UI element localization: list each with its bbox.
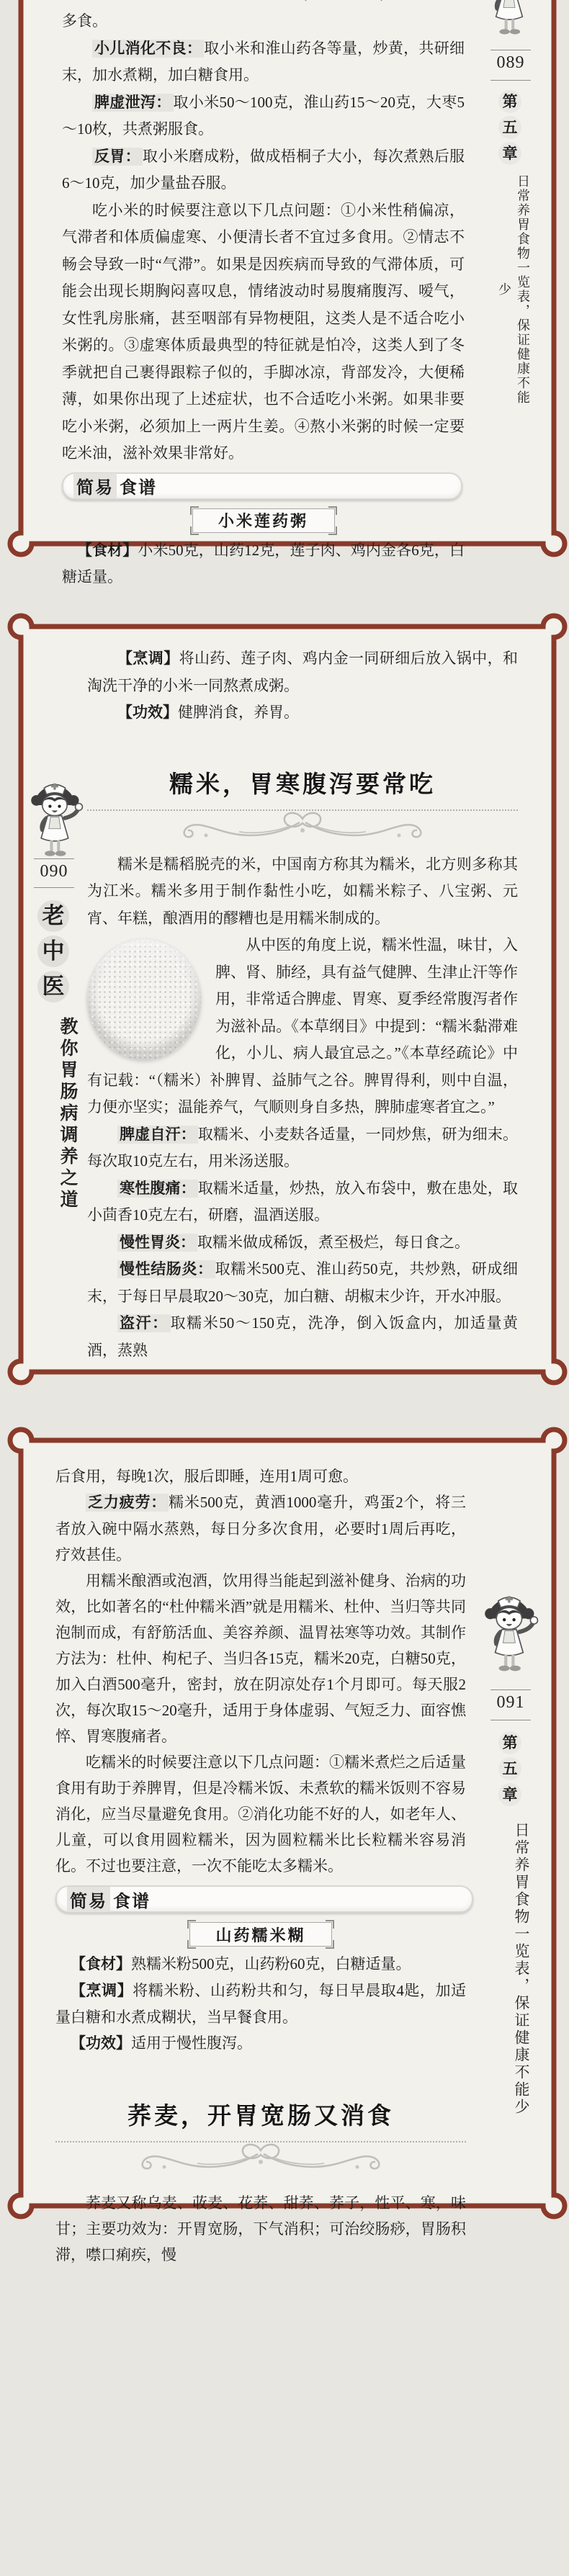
chapter-badge: 第 五 章 — [498, 90, 521, 165]
ingredients-label: 【食材】 — [77, 542, 138, 559]
effect-line: 【功效】适用于慢性腹泻。 — [55, 2030, 466, 2057]
remedy-paragraph: 慢性结肠炎：取糯米500克、淮山药50克，共炒熟，研成细末，于每日早晨取20～3… — [87, 1256, 518, 1310]
chapter-title-vertical: 日常养胃食物一览表，保证健康不能少 — [489, 171, 532, 408]
recipe-name: 小米莲药粥 — [218, 509, 308, 531]
recipe-section-header: 简易 食谱 — [55, 1885, 473, 1913]
remedy-paragraph: 小儿消化不良：取小米和淮山药各等量，炒黄，共研细末，加水煮糊，加白糖食用。 — [62, 35, 465, 89]
page-089-content: 尿病的人不宜多食；消渴就是糖尿病，小米虽好，但这类人不宜 多食。 小儿消化不良：… — [21, 0, 554, 544]
remedy-paragraph: 脾虚自汗：取糯米、小麦麸各适量，一同炒焦，研为细末。每次取10克左右，用米汤送服… — [87, 1121, 518, 1175]
page-number: 089 — [489, 53, 532, 73]
notes-paragraph: 吃小米的时候要注意以下几点问题：①小米性稍偏凉，气滞者和体质偏虚寒、小便清长者不… — [62, 197, 465, 467]
sidebar-divider — [490, 50, 531, 50]
remedy-label: 小儿消化不良： — [92, 40, 204, 58]
chapter-title-vertical: 日常养胃食物一览表，保证健康不能少 — [489, 1818, 532, 2120]
remedy-paragraph: 慢性胃炎：取糯米做成稀饭，煮至极烂，每日食之。 — [87, 1229, 518, 1257]
paragraph-continuation: 后食用，每晚1次，服后即睡，连用1周可愈。 — [55, 1463, 466, 1489]
nurse-mascot-icon — [28, 779, 84, 861]
brand-title-vertical: 教你胃肠病调养之道 — [37, 1010, 80, 1219]
corner-bracket-icon — [326, 1920, 334, 1929]
sidebar-divider — [34, 887, 74, 888]
wrap-block: 从中医的角度上说，糯米性温，味甘，入脾、肾、肺经，具有益气健脾、生津止汗等作用，… — [87, 932, 518, 1121]
brand-char: 医 — [37, 971, 69, 1002]
ingredients-label: 【食材】 — [71, 1956, 131, 1973]
chapter-char: 五 — [498, 116, 521, 139]
sidebar-right: 091 第 五 章 日常养胃食物一览表，保证健康不能少 — [489, 1440, 534, 2206]
corner-bracket-icon — [190, 506, 199, 515]
recipe-name-box: 小米莲药粥 — [192, 508, 335, 533]
chapter-char: 章 — [498, 142, 521, 165]
remedy-label: 脾虚自汗： — [117, 1126, 198, 1144]
section-title: 荞麦，开胃宽肠又消食 — [55, 2097, 466, 2131]
remedy-label: 寒性腹痛： — [117, 1180, 198, 1198]
effect-label: 【功效】 — [117, 704, 178, 721]
book-scan-canvas: 尿病的人不宜多食；消渴就是糖尿病，小米虽好，但这类人不宜 多食。 小儿消化不良：… — [0, 0, 569, 2576]
wine-paragraph: 用糯米酿酒或泡酒，饮用得当能起到滋补健身、治病的功效，比如著名的“杜仲糯米酒”就… — [55, 1568, 466, 1749]
effect-text: 适用于慢性腹泻。 — [131, 2034, 252, 2052]
remedy-paragraph: 脾虚泄泻：取小米50～100克，淮山药15～20克，大枣5～10枚，共煮粥服食。 — [62, 89, 465, 143]
sidebar-divider — [490, 80, 531, 81]
cooking-label: 【烹调】 — [117, 650, 179, 667]
recipe-section-header: 简易 食谱 — [62, 472, 462, 500]
book-page-090: 【烹调】将山药、莲子肉、鸡内金一同研细后放入锅中，和淘洗干净的小米一同熬煮成粥。… — [21, 627, 554, 1372]
page-number: 091 — [489, 1693, 532, 1713]
chapter-char: 第 — [498, 90, 521, 113]
intro-paragraph: 糯米是糯稻脱壳的米，中国南方称其为糯米，北方则多称其为江米。糯米多用于制作黏性小… — [87, 851, 518, 933]
brand-char: 中 — [37, 935, 69, 967]
remedy-text: 取糯米做成稀饭，煮至极烂，每日食之。 — [197, 1234, 470, 1251]
sidebar-divider — [34, 858, 74, 859]
paragraph-continuation-end: 多食。 — [62, 8, 465, 35]
nurse-mascot-icon — [483, 0, 538, 39]
sidebar-right: 089 第 五 章 日常养胃食物一览表，保证健康不能少 — [489, 0, 534, 544]
recipe-header-rest: 食谱 — [120, 473, 157, 498]
flourish-ornament-icon — [173, 808, 432, 841]
chapter-char: 第 — [498, 1731, 521, 1754]
sidebar-divider — [490, 1720, 531, 1720]
recipe-header-rest: 食谱 — [113, 1887, 151, 1912]
corner-bracket-icon — [190, 526, 199, 535]
remedy-paragraph: 盗汗：取糯米50～150克，洗净，倒入饭盒内，加适量黄酒，蒸熟 — [87, 1310, 518, 1364]
remedy-paragraph: 寒性腹痛：取糯米适量，炒热，放入布袋中，敷在患处，取小茴香10克左右，研磨，温酒… — [87, 1175, 518, 1229]
ingredients-line: 【食材】熟糯米粉500克，山药粉60克，白糖适量。 — [55, 1951, 466, 1978]
chapter-char: 五 — [498, 1757, 521, 1780]
remedy-label: 反胃： — [92, 148, 143, 166]
nurse-mascot-icon — [482, 1592, 539, 1676]
corner-bracket-icon — [187, 1940, 196, 1949]
remedy-label: 脾虚泄泻： — [92, 94, 174, 112]
page-090-content: 【烹调】将山药、莲子肉、鸡内金一同研细后放入锅中，和淘洗干净的小米一同熬煮成粥。… — [21, 627, 554, 1372]
corner-bracket-icon — [328, 506, 337, 515]
remedy-label: 慢性胃炎： — [117, 1234, 197, 1252]
remedy-label: 慢性结肠炎： — [117, 1260, 215, 1278]
remedy-label: 盗汗： — [117, 1314, 171, 1332]
remedy-label: 乏力疲劳： — [86, 1494, 169, 1512]
notes-paragraph: 吃糯米的时候要注意以下几点问题：①糯米煮烂之后适量食用有助于养脾胃，但是冷糯米饭… — [55, 1749, 466, 1879]
effect-text: 健脾消食，养胃。 — [178, 704, 299, 721]
cooking-label: 【烹调】 — [71, 1983, 133, 1999]
remedy-paragraph: 反胃：取小米磨成粉，做成梧桐子大小，每次煮熟后服6～10克，加少量盐吞服。 — [62, 143, 465, 197]
ingredients-text: 熟糯米粉500克，山药粉60克，白糖适量。 — [131, 1955, 411, 1973]
buckwheat-paragraph: 荞麦又称乌麦、荍麦、花荞、甜荞、荞子，性平、寒，味甘；主要功效为：开胃宽肠，下气… — [55, 2190, 466, 2268]
clipped-top-line: 尿病的人不宜多食；消渴就是糖尿病，小米虽好，但这类人不宜 — [62, 0, 465, 8]
recipe-header-highlight: 简易 — [67, 1887, 110, 1912]
brand-badge: 老 中 医 — [37, 900, 69, 1002]
sidebar-left: 090 老 中 医 教你胃肠病调养之道 — [32, 627, 77, 1372]
book-page-091: 后食用，每晚1次，服后即睡，连用1周可愈。 乏力疲劳：糯米500克，黄酒1000… — [21, 1440, 554, 2206]
remedy-paragraph: 乏力疲劳：糯米500克，黄酒1000毫升，鸡蛋2个，将三者放入碗中隔水蒸熟，每日… — [55, 1489, 466, 1568]
chapter-char: 章 — [498, 1783, 521, 1806]
chapter-badge: 第 五 章 — [498, 1731, 521, 1806]
recipe-header-highlight: 简易 — [73, 473, 117, 498]
cooking-line: 【烹调】将山药、莲子肉、鸡内金一同研细后放入锅中，和淘洗干净的小米一同熬煮成粥。 — [87, 645, 518, 699]
book-page-089: 尿病的人不宜多食；消渴就是糖尿病，小米虽好，但这类人不宜 多食。 小儿消化不良：… — [21, 0, 554, 544]
corner-bracket-icon — [187, 1920, 196, 1929]
cooking-line: 【烹调】将糯米粉、山药粉共和匀，每日早晨取4匙，加适量白糖和水煮成糊状，当早餐食… — [55, 1978, 466, 2030]
glutinous-rice-photo — [87, 939, 201, 1060]
effect-line: 【功效】健脾消食，养胃。 — [87, 699, 518, 727]
recipe-name: 山药糯米糊 — [215, 1924, 305, 1946]
sidebar-divider — [490, 1689, 531, 1690]
clipped-text: 尿病的人不宜多食；消渴就是糖尿病，小米虽好，但这类人不宜 — [62, 0, 465, 7]
effect-label: 【功效】 — [71, 2035, 131, 2052]
section-title: 糯米，胃寒腹泻要常吃 — [87, 766, 518, 799]
recipe-name-box: 山药糯米糊 — [189, 1922, 332, 1947]
page-number: 090 — [32, 862, 76, 881]
page-091-content: 后食用，每晚1次，服后即睡，连用1周可愈。 乏力疲劳：糯米500克，黄酒1000… — [21, 1440, 554, 2206]
brand-char: 老 — [37, 900, 69, 932]
corner-bracket-icon — [326, 1940, 334, 1949]
flourish-ornament-icon — [131, 2140, 390, 2173]
corner-bracket-icon — [328, 526, 337, 535]
ingredients-line: 【食材】小米50克，山药12克，莲子肉、鸡内金各6克，白糖适量。 — [62, 537, 465, 591]
